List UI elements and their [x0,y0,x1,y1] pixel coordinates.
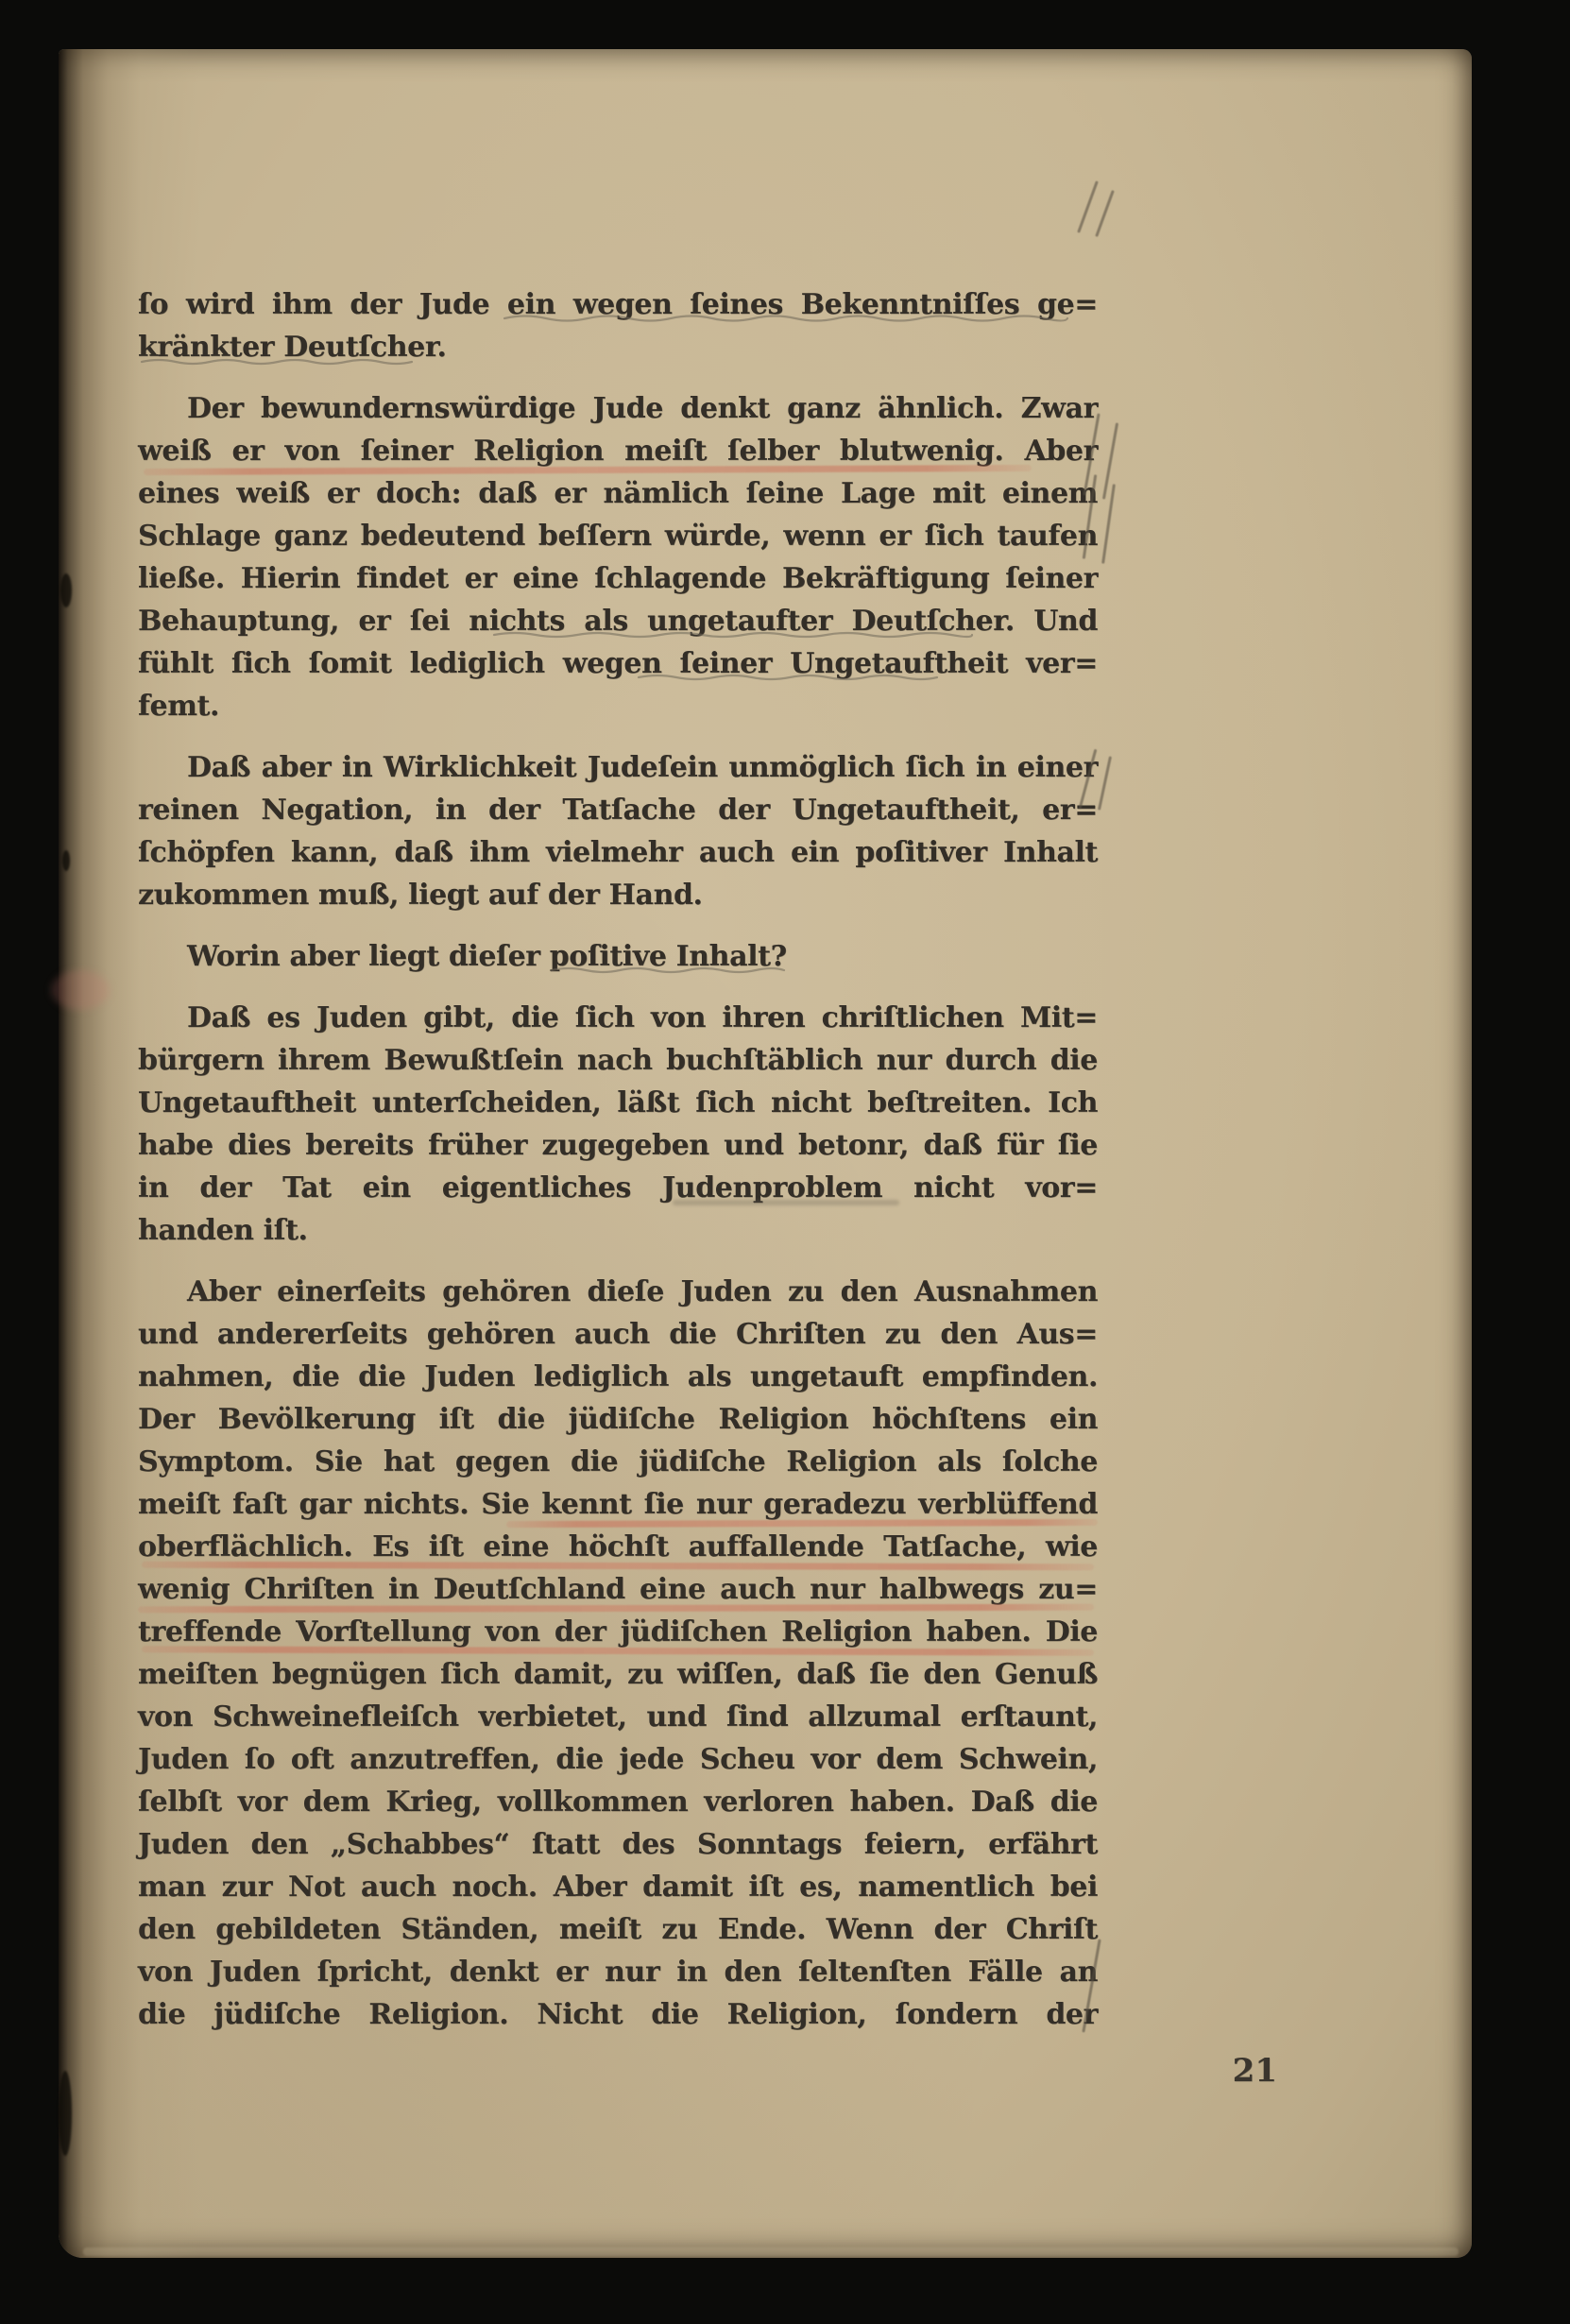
paragraph: Der bewundernswürdige Jude denkt ganz äh… [138,387,1098,727]
text-line: man zur Not auch noch. Aber damit iſt es… [138,1866,1098,1908]
paragraph: Worin aber liegt dieſer poſitive Inhalt? [138,935,1098,978]
text-line: oberflächlich. Es iſt eine höchſt auffal… [138,1526,1098,1568]
text-line: zukommen muß, liegt auf der Hand. [138,874,1098,916]
text-line: in der Tat ein eigentliches Judenproblem… [138,1167,1098,1209]
pencil-margin-slash [1095,190,1115,237]
pencil-margin-slash [1102,422,1118,499]
text-line: Juden den „Schabbes“ ſtatt des Sonntags … [138,1823,1098,1866]
paragraph: Aber einerſeits gehören dieſe Juden zu d… [138,1271,1098,2036]
text-line: meiſt faſt gar nichts. Sie kennt ſie nur… [138,1483,1098,1526]
text-line: Daß es Juden gibt, die ſich von ihren ch… [138,997,1098,1039]
text-line: femt. [138,685,1098,727]
text-line: von Schweinefleiſch verbietet, und ſind … [138,1696,1098,1738]
paragraph: Daß aber in Wirklichkeit Judeſein unmögl… [138,746,1098,916]
text-line: kränkter Deutſcher. [138,326,1098,368]
text-line: wenig Chriſten in Deutſchland eine auch … [138,1568,1098,1611]
text-line: treffende Vorſtellung von der jüdiſchen … [138,1611,1098,1653]
page-number: 21 [1192,2052,1277,2090]
text-line: ließe. Hierin findet er eine ſchlagende … [138,557,1098,600]
text-line: Daß aber in Wirklichkeit Judeſein unmögl… [138,746,1098,789]
text-line: meiſten begnügen ſich damit, zu wiſſen, … [138,1653,1098,1696]
text-line: Aber einerſeits gehören dieſe Juden zu d… [138,1271,1098,1313]
text-line: ſo wird ihm der Jude ein wegen ſeines Be… [138,283,1098,326]
pencil-margin-slash [1077,180,1099,233]
text-line: Der Bevölkerung iſt die jüdiſche Religio… [138,1398,1098,1441]
page-edge-highlight [83,2247,1459,2256]
book-page: ſo wird ihm der Jude ein wegen ſeines Be… [59,49,1472,2258]
paragraph: ſo wird ihm der Jude ein wegen ſeines Be… [138,283,1098,368]
text-line: handen iſt. [138,1209,1098,1252]
text-line: ſelbſt vor dem Krieg, vollkommen verlore… [138,1781,1098,1823]
text-line: nahmen, die die Juden lediglich als unge… [138,1356,1098,1398]
text-line: ſchöpfen kann, daß ihm vielmehr auch ein… [138,831,1098,874]
text-line: Behauptung, er ſei nichts als ungetaufte… [138,600,1098,642]
text-line: habe dies bereits früher zugegeben und b… [138,1124,1098,1167]
text-line: weiß er von ſeiner Religion meiſt ſelber… [138,430,1098,472]
text-line: und andererſeits gehören auch die Chriſt… [138,1313,1098,1356]
text-line: den gebildeten Ständen, meiſt zu Ende. W… [138,1908,1098,1951]
text-line: fühlt ſich ſomit lediglich wegen ſeiner … [138,642,1098,685]
text-line: reinen Negation, in der Tatſache der Ung… [138,789,1098,831]
scan-background: { "page": { "number": "21" }, "colors": … [0,0,1570,2324]
text-block: ſo wird ihm der Jude ein wegen ſeines Be… [138,283,1098,2036]
pencil-margin-slash [1098,756,1112,810]
text-line: Schlage ganz bedeutend beſſern würde, we… [138,515,1098,557]
text-line: die jüdiſche Religion. Nicht die Religio… [138,1993,1098,2036]
text-line: von Juden ſpricht, denkt er nur in den ſ… [138,1951,1098,1993]
pencil-margin-slash [1101,484,1116,564]
text-line: Ungetauftheit unterſcheiden, läßt ſich n… [138,1082,1098,1124]
text-line: Worin aber liegt dieſer poſitive Inhalt? [138,935,1098,978]
text-line: Der bewundernswürdige Jude denkt ganz äh… [138,387,1098,430]
text-line: bürgern ihrem Bewußtſein nach buchſtäbli… [138,1039,1098,1082]
paragraph: Daß es Juden gibt, die ſich von ihren ch… [138,997,1098,1252]
text-line: Symptom. Sie hat gegen die jüdiſche Reli… [138,1441,1098,1483]
text-line: eines weiß er doch: daß er nämlich ſeine… [138,472,1098,515]
text-line: Juden ſo oft anzutreffen, die jede Scheu… [138,1738,1098,1781]
